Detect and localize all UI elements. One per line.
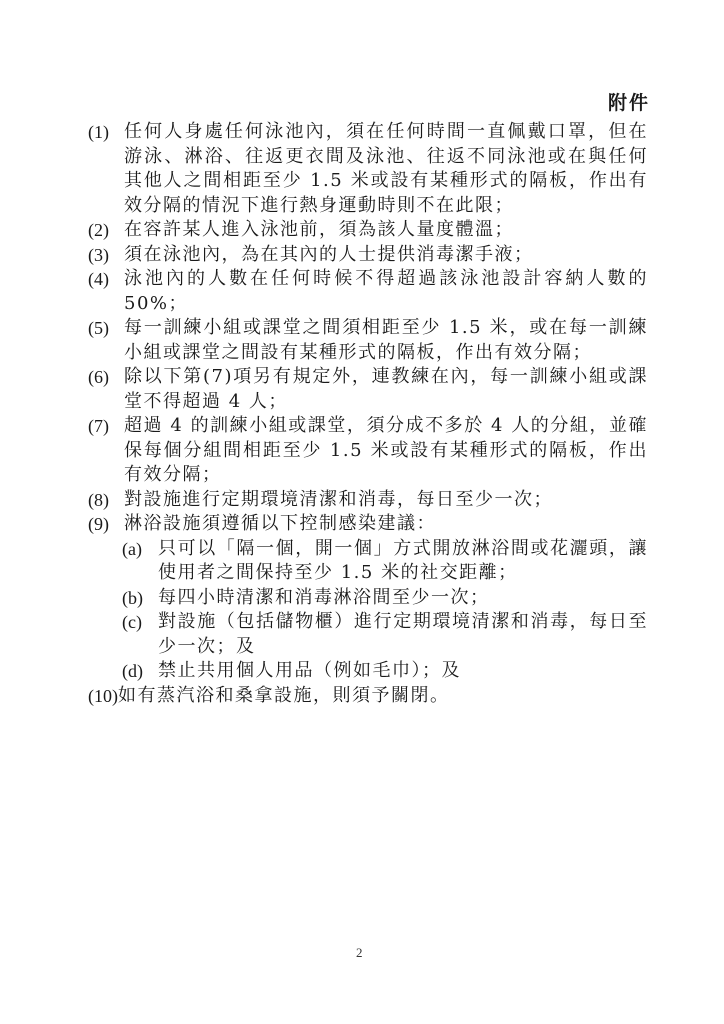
item-number: (10) [88,684,118,709]
item-text: 如有蒸汽浴和桑拿設施，則須予關閉。 [118,684,648,709]
list-item-10: (10) 如有蒸汽浴和桑拿設施，則須予關閉。 [88,684,648,709]
item-number: (5) [88,316,109,341]
list-item-9: (9) 淋浴設施須遵循以下控制感染建議： [88,512,648,537]
item-number: (4) [88,267,109,292]
item-number: (1) [88,120,109,145]
item-text: 淋浴設施須遵循以下控制感染建議： [124,512,648,537]
item-text: 須在泳池內，為在其內的人士提供消毒潔手液； [124,243,648,268]
sub-item-letter: (c) [122,610,142,635]
document-page: 附件 (1) 任何人身處任何泳池內，須在任何時間一直佩戴口罩，但在游泳、淋浴、往… [0,0,724,1024]
item-number: (6) [88,365,109,390]
sub-item-a: (a) 只可以「隔一個，開一個」方式開放淋浴間或花灑頭，讓使用者之間保持至少 1… [88,537,648,586]
sub-item-text: 對設施（包括儲物櫃）進行定期環境清潔和消毒，每日至少一次；及 [158,610,648,659]
sub-item-d: (d) 禁止共用個人用品（例如毛巾）；及 [88,659,648,684]
sub-item-letter: (d) [122,659,143,684]
item-number: (9) [88,512,109,537]
annex-label: 附件 [608,88,650,115]
requirements-list: (1) 任何人身處任何泳池內，須在任何時間一直佩戴口罩，但在游泳、淋浴、往返更衣… [88,120,648,708]
list-item-5: (5) 每一訓練小組或課堂之間須相距至少 1.5 米，或在每一訓練小組或課堂之間… [88,316,648,365]
list-item-7: (7) 超過 4 的訓練小組或課堂，須分成不多於 4 人的分組，並確保每個分組間… [88,414,648,488]
item-text: 在容許某人進入泳池前，須為該人量度體溫； [124,218,648,243]
sub-item-c: (c) 對設施（包括儲物櫃）進行定期環境清潔和消毒，每日至少一次；及 [88,610,648,659]
item-number: (7) [88,414,109,439]
item-text: 對設施進行定期環境清潔和消毒，每日至少一次； [124,488,648,513]
item-text: 每一訓練小組或課堂之間須相距至少 1.5 米，或在每一訓練小組或課堂之間設有某種… [124,316,648,365]
item-text: 超過 4 的訓練小組或課堂，須分成不多於 4 人的分組，並確保每個分組間相距至少… [124,414,648,488]
item-text: 除以下第(7)項另有規定外，連教練在內，每一訓練小組或課堂不得超過 4 人； [124,365,648,414]
sub-item-b: (b) 每四小時清潔和消毒淋浴間至少一次； [88,586,648,611]
sub-item-letter: (a) [122,537,142,562]
list-item-2: (2) 在容許某人進入泳池前，須為該人量度體溫； [88,218,648,243]
list-item-4: (4) 泳池內的人數在任何時候不得超過該泳池設計容納人數的 50%； [88,267,648,316]
list-item-8: (8) 對設施進行定期環境清潔和消毒，每日至少一次； [88,488,648,513]
item-number: (2) [88,218,109,243]
list-item-1: (1) 任何人身處任何泳池內，須在任何時間一直佩戴口罩，但在游泳、淋浴、往返更衣… [88,120,648,218]
item-text: 任何人身處任何泳池內，須在任何時間一直佩戴口罩，但在游泳、淋浴、往返更衣間及泳池… [124,120,648,218]
sub-item-text: 每四小時清潔和消毒淋浴間至少一次； [158,586,648,611]
item-number: (8) [88,488,109,513]
sub-item-letter: (b) [122,586,143,611]
item-number: (3) [88,243,109,268]
item-text: 泳池內的人數在任何時候不得超過該泳池設計容納人數的 50%； [124,267,648,316]
list-item-3: (3) 須在泳池內，為在其內的人士提供消毒潔手液； [88,243,648,268]
page-number: 2 [356,945,363,961]
sub-item-text: 禁止共用個人用品（例如毛巾）；及 [158,659,648,684]
sub-item-text: 只可以「隔一個，開一個」方式開放淋浴間或花灑頭，讓使用者之間保持至少 1.5 米… [158,537,648,586]
list-item-6: (6) 除以下第(7)項另有規定外，連教練在內，每一訓練小組或課堂不得超過 4 … [88,365,648,414]
